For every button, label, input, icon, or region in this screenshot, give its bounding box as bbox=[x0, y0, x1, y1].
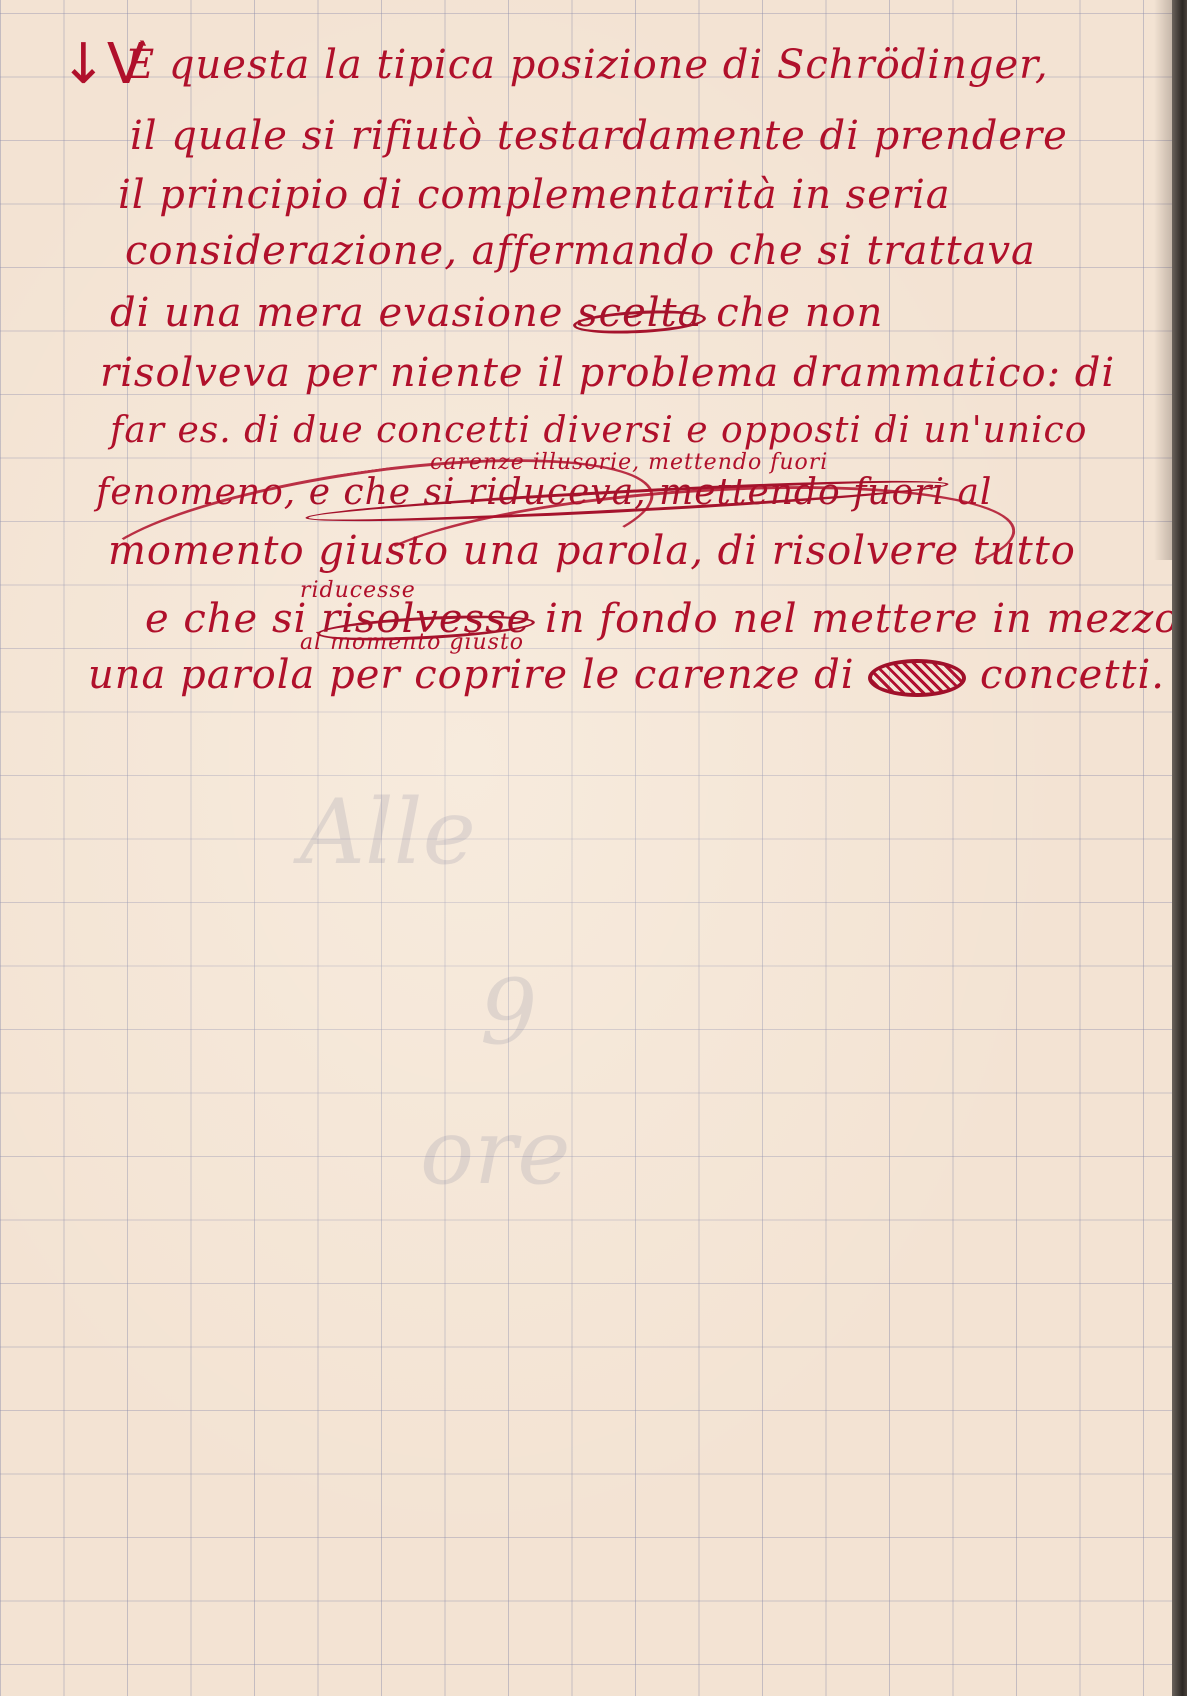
show-through-text-1: Alle bbox=[300, 780, 476, 885]
show-through-text-3: ore bbox=[420, 1100, 570, 1205]
handwritten-line-2: il quale si rifiutò testardamente di pre… bbox=[130, 113, 1068, 159]
line-text: di una mera evasione bbox=[110, 290, 563, 336]
handwritten-line-3: il principio di complementarità in seria bbox=[118, 172, 951, 218]
notebook-page: Alle 9 ore ↓V È questa la tipica posizio… bbox=[0, 0, 1172, 1696]
handwritten-line-1: È questa la tipica posizione di Schrödin… bbox=[125, 42, 1049, 88]
page-edge-shadow bbox=[1154, 0, 1172, 560]
handwritten-line-7: far es. di due concetti diversi e oppost… bbox=[110, 410, 1087, 451]
handwritten-line-5: di una mera evasione scelta che non bbox=[110, 290, 883, 336]
line-text: che non bbox=[716, 290, 883, 336]
show-through-text-2: 9 bbox=[480, 960, 537, 1065]
line-text: concetti. bbox=[980, 652, 1165, 698]
scribbled-out-word bbox=[868, 659, 966, 697]
line-text: per coprire le carenze di bbox=[329, 652, 854, 698]
handwritten-line-9: momento giusto una parola, di risolvere … bbox=[108, 528, 1076, 574]
handwritten-line-11: una parola per coprire le carenze di con… bbox=[88, 652, 1165, 698]
crossed-out-word: scelta bbox=[577, 290, 702, 336]
line-text: in fondo nel mettere in mezzo bbox=[545, 596, 1179, 642]
handwritten-line-4: considerazione, affermando che si tratta… bbox=[125, 228, 1036, 274]
line-text: e che si bbox=[145, 596, 307, 642]
handwritten-line-6: risolveva per niente il problema drammat… bbox=[100, 350, 1115, 396]
line-text: una parola bbox=[88, 652, 315, 698]
notebook-spine bbox=[1172, 0, 1187, 1696]
